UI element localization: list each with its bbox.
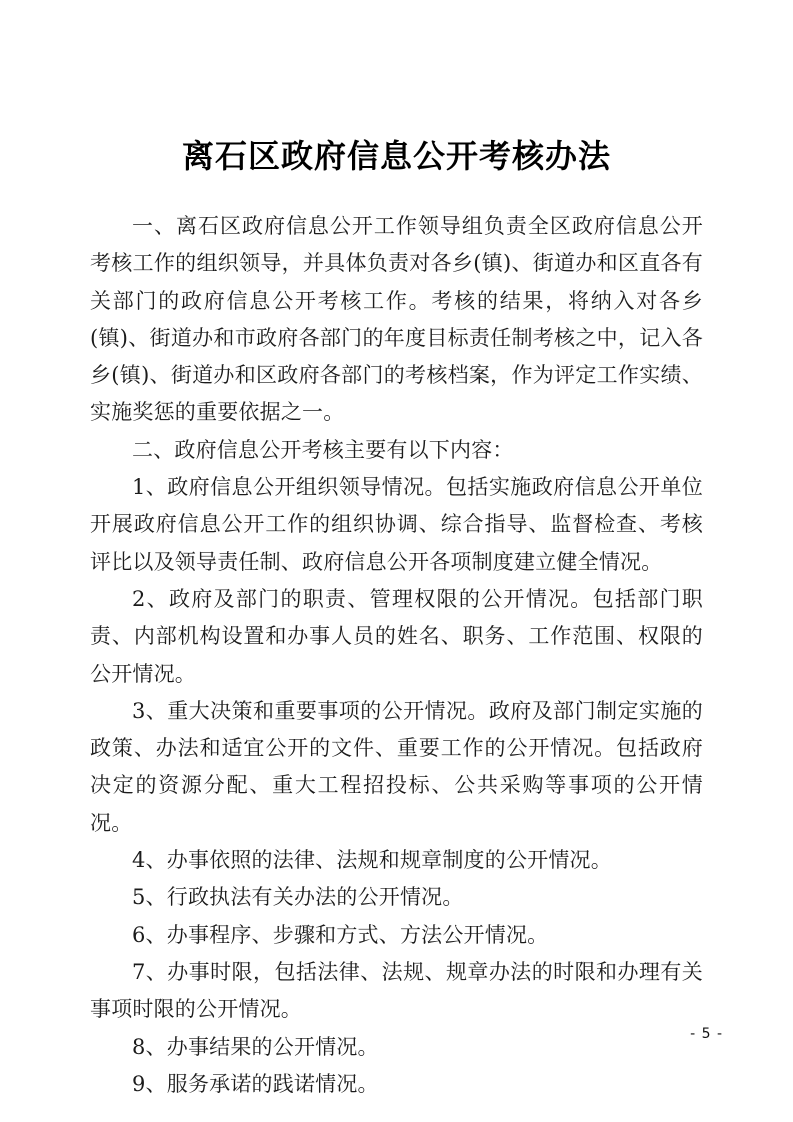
- list-item-6: 6、办事程序、步骤和方式、方法公开情况。: [90, 917, 703, 954]
- list-item-5: 5、行政执法有关办法的公开情况。: [90, 879, 703, 916]
- list-item-4: 4、办事依照的法律、法规和规章制度的公开情况。: [90, 842, 703, 879]
- document-body: 一、离石区政府信息公开工作领导组负责全区政府信息公开考核工作的组织领导，并具体负…: [90, 208, 703, 1103]
- paragraph-section-1: 一、离石区政府信息公开工作领导组负责全区政府信息公开考核工作的组织领导，并具体负…: [90, 208, 703, 432]
- list-item-3: 3、重大决策和重要事项的公开情况。政府及部门制定实施的政策、办法和适宜公开的文件…: [90, 693, 703, 842]
- list-item-7: 7、办事时限，包括法律、法规、规章办法的时限和办理有关事项时限的公开情况。: [90, 954, 703, 1029]
- list-item-9: 9、服务承诺的践诺情况。: [90, 1066, 703, 1103]
- paragraph-section-2: 二、政府信息公开考核主要有以下内容：: [90, 432, 703, 469]
- list-item-2: 2、政府及部门的职责、管理权限的公开情况。包括部门职责、内部机构设置和办事人员的…: [90, 581, 703, 693]
- document-page: 离石区政府信息公开考核办法 一、离石区政府信息公开工作领导组负责全区政府信息公开…: [0, 0, 793, 1122]
- list-item-8: 8、办事结果的公开情况。: [90, 1029, 703, 1066]
- page-number: - 5 -: [690, 1024, 723, 1044]
- list-item-1: 1、政府信息公开组织领导情况。包括实施政府信息公开单位开展政府信息公开工作的组织…: [90, 469, 703, 581]
- document-content: 离石区政府信息公开考核办法 一、离石区政府信息公开工作领导组负责全区政府信息公开…: [90, 133, 703, 1103]
- document-title: 离石区政府信息公开考核办法: [90, 133, 703, 179]
